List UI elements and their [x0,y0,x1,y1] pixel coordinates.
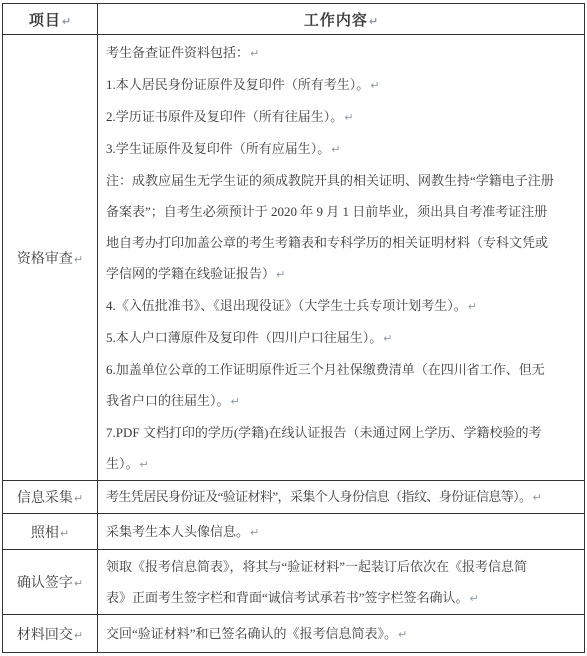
content-cell: 考生备查证件资料包括：↵1.本人居民身份证原件及复印件（所有考生）。↵2.学历证… [98,35,585,481]
content-line-text: 考生备查证件资料包括： [106,45,249,60]
content-line: 2.学历证书原件及复印件（所有往届生）。↵ [106,101,580,133]
work-content-table: 项目↵ 工作内容↵ 资格审查↵考生备查证件资料包括：↵1.本人居民身份证原件及复… [2,3,585,653]
content-cell: 考生凭居民身份证及“验证材料”，采集个人身份信息（指纹、身份证信息等）。↵ [98,481,585,514]
content-line-text: 考生凭居民身份证及“验证材料”，采集个人身份信息（指纹、身份证信息等）。 [106,489,531,504]
content-line-text: 注：成教应届生无学生证的须成教院开具的相关证明、网教生持“学籍电子注册 [106,173,554,188]
content-line-text: 2.学历证书原件及复印件（所有往届生）。 [106,109,343,124]
content-cell: 采集考生本人头像信息。↵ [98,514,585,550]
content-line-text: 4.《入伍批准书》、《退出现役证》（大学生士兵专项计划考生）。 [106,298,467,313]
content-line: 考生凭居民身份证及“验证材料”，采集个人身份信息（指纹、身份证信息等）。↵ [106,481,580,513]
content-line: 备案表”；自考生必须预计于 2020 年 9 月 1 日前毕业，须出具自考准考证… [106,196,580,227]
content-line-text: 地自考办打印加盖公章的考生考籍表和专科学历的相关证明材料（专科文凭或 [106,235,548,250]
content-line: 表》正面考生签字栏和背面“诚信考试承若书”签字栏签名确认。↵ [106,582,580,614]
content-line-text: 3.学生证原件及复印件（所有应届生）。 [106,141,330,156]
content-line: 我省户口的往届生）。↵ [106,385,580,417]
paragraph-mark-icon: ↵ [276,268,285,281]
paragraph-mark-icon: ↵ [140,458,149,471]
paragraph-mark-icon: ↵ [62,15,71,28]
content-line: 地自考办打印加盖公章的考生考籍表和专科学历的相关证明材料（专科文凭或 [106,227,580,258]
column-header-content-label: 工作内容 [304,13,368,29]
item-label: 确认签字 [17,576,73,591]
content-line: 4.《入伍批准书》、《退出现役证》（大学生士兵专项计划考生）。↵ [106,290,580,322]
content-line-text: 6.加盖单位公章的工作证明原件近三个月社保缴费清单（在四川省工作、但无 [106,362,545,377]
item-cell: 材料回交↵ [3,615,98,653]
header-row: 项目↵ 工作内容↵ [3,4,585,35]
content-line-text: 领取《报考信息简表》，将其与“验证材料”一起装订后依次在《报考信息简 [106,559,527,574]
paragraph-mark-icon: ↵ [370,79,379,92]
paragraph-mark-icon: ↵ [74,577,83,590]
content-line: 注：成教应届生无学生证的须成教院开具的相关证明、网教生持“学籍电子注册 [106,165,580,196]
content-line: 3.学生证原件及复印件（所有应届生）。↵ [106,133,580,165]
paragraph-mark-icon: ↵ [60,527,69,540]
content-line-text: 7.PDF 文档打印的学历(学籍)在线认证报告（未通过网上学历、学籍校验的考 [106,425,542,440]
paragraph-mark-icon: ↵ [74,253,83,266]
content-line: 学信网的学籍在线验证报告）↵ [106,258,580,290]
column-header-content: 工作内容↵ [98,4,585,35]
item-label: 资格审查 [17,252,73,267]
content-line: 7.PDF 文档打印的学历(学籍)在线认证报告（未通过网上学历、学籍校验的考 [106,417,580,448]
item-cell: 照相↵ [3,514,98,550]
column-header-item: 项目↵ [3,4,98,35]
table-row: 照相↵采集考生本人头像信息。↵ [3,514,585,550]
content-cell: 交回“验证材料”和已签名确认的《报考信息简表》。↵ [98,615,585,653]
paragraph-mark-icon: ↵ [383,332,392,345]
content-line: 交回“验证材料”和已签名确认的《报考信息简表》。↵ [106,618,580,650]
content-line: 6.加盖单位公章的工作证明原件近三个月社保缴费清单（在四川省工作、但无 [106,354,580,385]
content-line: 5.本人户口薄原件及复印件（四川户口往届生）。↵ [106,322,580,354]
paragraph-mark-icon: ↵ [231,395,240,408]
content-line: 生）。↵ [106,448,580,480]
item-label: 信息采集 [17,491,73,506]
paragraph-mark-icon: ↵ [369,15,378,28]
content-line-text: 5.本人户口薄原件及复印件（四川户口往届生）。 [106,330,382,345]
content-line-text: 我省户口的往届生）。 [106,393,230,408]
document-page: 项目↵ 工作内容↵ 资格审查↵考生备查证件资料包括：↵1.本人居民身份证原件及复… [0,0,587,656]
content-line: 领取《报考信息简表》，将其与“验证材料”一起装订后依次在《报考信息简 [106,551,580,582]
table-row: 确认签字↵领取《报考信息简表》，将其与“验证材料”一起装订后依次在《报考信息简表… [3,550,585,615]
paragraph-mark-icon: ↵ [74,629,83,642]
paragraph-mark-icon: ↵ [344,111,353,124]
item-label: 材料回交 [17,628,73,643]
content-line-text: 交回“验证材料”和已签名确认的《报考信息简表》。 [106,626,397,641]
content-line-text: 1.本人居民身份证原件及复印件（所有考生）。 [106,77,369,92]
content-line: 考生备查证件资料包括：↵ [106,37,580,69]
paragraph-mark-icon: ↵ [470,592,479,605]
paragraph-mark-icon: ↵ [331,143,340,156]
content-cell: 领取《报考信息简表》，将其与“验证材料”一起装订后依次在《报考信息简表》正面考生… [98,550,585,615]
table-row: 信息采集↵考生凭居民身份证及“验证材料”，采集个人身份信息（指纹、身份证信息等）… [3,481,585,514]
paragraph-mark-icon: ↵ [468,300,477,313]
paragraph-mark-icon: ↵ [532,491,541,504]
item-cell: 确认签字↵ [3,550,98,615]
content-line-text: 表》正面考生签字栏和背面“诚信考试承若书”签字栏签名确认。 [106,590,469,605]
content-line-text: 采集考生本人头像信息。 [106,524,249,539]
column-header-item-label: 项目 [29,13,61,29]
table-row: 材料回交↵交回“验证材料”和已签名确认的《报考信息简表》。↵ [3,615,585,653]
content-line: 1.本人居民身份证原件及复印件（所有考生）。↵ [106,69,580,101]
paragraph-mark-icon: ↵ [250,526,259,539]
paragraph-mark-icon: ↵ [74,492,83,505]
item-label: 照相 [31,526,59,541]
paragraph-mark-icon: ↵ [250,47,259,60]
item-cell: 信息采集↵ [3,481,98,514]
content-line: 采集考生本人头像信息。↵ [106,516,580,548]
paragraph-mark-icon: ↵ [398,628,407,641]
content-line-text: 生）。 [106,456,139,471]
item-cell: 资格审查↵ [3,35,98,481]
content-line-text: 备案表”；自考生必须预计于 2020 年 9 月 1 日前毕业，须出具自考准考证… [106,204,547,219]
table-row: 资格审查↵考生备查证件资料包括：↵1.本人居民身份证原件及复印件（所有考生）。↵… [3,35,585,481]
content-line-text: 学信网的学籍在线验证报告） [106,266,275,281]
